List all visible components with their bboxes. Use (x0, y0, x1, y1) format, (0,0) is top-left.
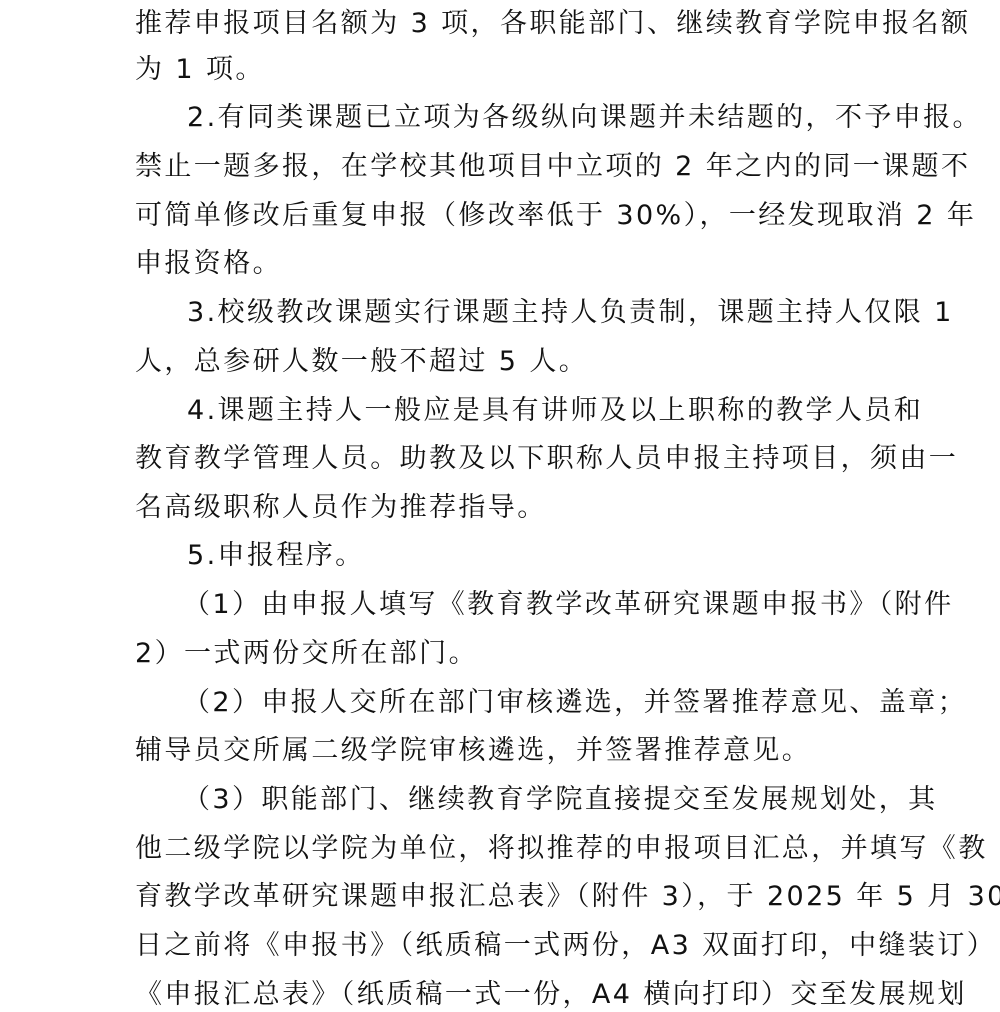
text-line: 2）一式两份交所在部门。 (135, 630, 895, 678)
paragraph-5-heading: 5.申报程序。 (187, 532, 947, 580)
paragraph-3-start: 3.校级教改课题实行课题主持人负责制，课题主持人仅限 1 (187, 289, 947, 337)
paragraph-4-start: 4.课题主持人一般应是具有讲师及以上职称的教学人员和 (187, 387, 947, 435)
text-line: 可简单修改后重复申报（修改率低于 30%），一经发现取消 2 年 (135, 192, 895, 240)
text-line: 他二级学院以学院为单位，将拟推荐的申报项目汇总，并填写《教 (135, 825, 895, 873)
step-1-start: （1）由申报人填写《教育教学改革研究课题申报书》（附件 (183, 581, 943, 629)
text-line: 名高级职称人员作为推荐指导。 (135, 484, 895, 532)
text-line: 申报资格。 (135, 240, 895, 288)
text-line: 辅导员交所属二级学院审核遴选，并签署推荐意见。 (135, 727, 895, 775)
text-line: 教育教学管理人员。助教及以下职称人员申报主持项目，须由一 (135, 435, 895, 483)
step-2-start: （2）申报人交所在部门审核遴选，并签署推荐意见、盖章； (183, 679, 943, 727)
text-line: 人，总参研人数一般不超过 5 人。 (135, 338, 895, 386)
text-line: 推荐申报项目名额为 3 项，各职能部门、继续教育学院申报名额 (135, 0, 895, 48)
text-line: 为 1 项。 (135, 46, 895, 94)
document-page: 推荐申报项目名额为 3 项，各职能部门、继续教育学院申报名额 为 1 项。 2.… (0, 0, 1000, 1012)
text-line: 育教学改革研究课题申报汇总表》（附件 3），于 2025 年 5 月 30 (135, 873, 895, 921)
text-line: 禁止一题多报，在学校其他项目中立项的 2 年之内的同一课题不 (135, 143, 895, 191)
paragraph-2-start: 2.有同类课题已立项为各级纵向课题并未结题的，不予申报。 (187, 94, 947, 142)
text-line: 《申报汇总表》（纸质稿一式一份，A4 横向打印）交至发展规划 (135, 971, 895, 1012)
step-3-start: （3）职能部门、继续教育学院直接提交至发展规划处，其 (183, 776, 943, 824)
text-line: 日之前将《申报书》（纸质稿一式两份，A3 双面打印，中缝装订） (135, 922, 895, 970)
